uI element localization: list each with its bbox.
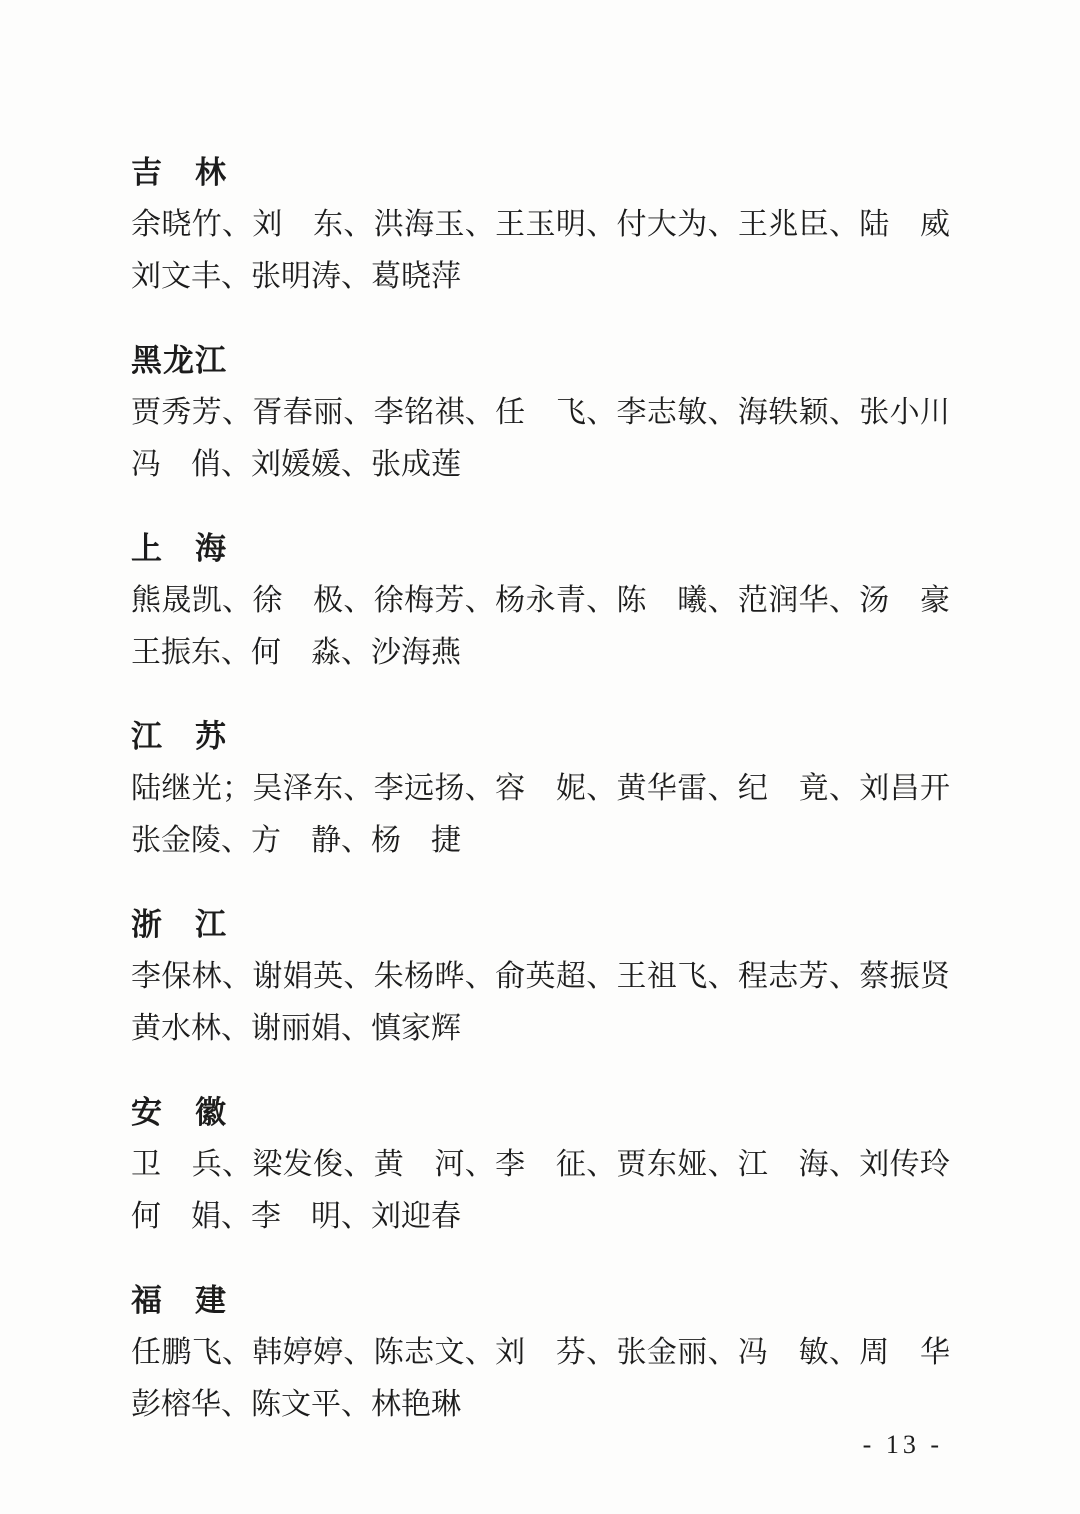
name-line: 冯 俏、刘媛媛、张成莲 [131, 439, 950, 491]
province-heading: 江 苏 [131, 711, 950, 763]
name-line: 陆继光；吴泽东、李远扬、容 妮、黄华雷、纪 竟、刘昌开 [131, 763, 950, 815]
province-section: 上 海 熊晟凯、徐 极、徐梅芳、杨永青、陈 曦、范润华、汤 豪王振东、何 淼、沙… [131, 523, 950, 679]
province-heading: 安 徽 [131, 1087, 950, 1139]
province-section: 江 苏 陆继光；吴泽东、李远扬、容 妮、黄华雷、纪 竟、刘昌开张金陵、方 静、杨… [131, 711, 950, 867]
province-section: 黑龙江 贾秀芳、胥春丽、李铭祺、任 飞、李志敏、海轶颖、张小川冯 俏、刘媛媛、张… [131, 335, 950, 491]
name-line: 李保林、谢娟英、朱杨晔、俞英超、王祖飞、程志芳、蔡振贤 [131, 951, 950, 1003]
province-heading: 上 海 [131, 523, 950, 575]
page-number: - 13 - [863, 1430, 943, 1460]
name-line: 余晓竹、刘 东、洪海玉、王玉明、付大为、王兆臣、陆 威 [131, 199, 950, 251]
name-line: 贾秀芳、胥春丽、李铭祺、任 飞、李志敏、海轶颖、张小川 [131, 387, 950, 439]
name-line: 张金陵、方 静、杨 捷 [131, 815, 950, 867]
name-line: 王振东、何 淼、沙海燕 [131, 627, 950, 679]
province-heading: 福 建 [131, 1275, 950, 1327]
province-section: 福 建 任鹏飞、韩婷婷、陈志文、刘 芬、张金丽、冯 敏、周 华彭榕华、陈文平、林… [131, 1275, 950, 1431]
province-heading: 吉 林 [131, 147, 950, 199]
name-list-content: 吉 林 余晓竹、刘 东、洪海玉、王玉明、付大为、王兆臣、陆 威刘文丰、张明涛、葛… [131, 147, 950, 1463]
name-line: 熊晟凯、徐 极、徐梅芳、杨永青、陈 曦、范润华、汤 豪 [131, 575, 950, 627]
document-page: 吉 林 余晓竹、刘 东、洪海玉、王玉明、付大为、王兆臣、陆 威刘文丰、张明涛、葛… [0, 0, 1080, 1514]
province-heading: 黑龙江 [131, 335, 950, 387]
province-section: 安 徽 卫 兵、梁发俊、黄 河、李 征、贾东娅、江 海、刘传玲何 娟、李 明、刘… [131, 1087, 950, 1243]
name-line: 任鹏飞、韩婷婷、陈志文、刘 芬、张金丽、冯 敏、周 华 [131, 1327, 950, 1379]
name-line: 何 娟、李 明、刘迎春 [131, 1191, 950, 1243]
name-line: 刘文丰、张明涛、葛晓萍 [131, 251, 950, 303]
name-line: 卫 兵、梁发俊、黄 河、李 征、贾东娅、江 海、刘传玲 [131, 1139, 950, 1191]
province-section: 吉 林 余晓竹、刘 东、洪海玉、王玉明、付大为、王兆臣、陆 威刘文丰、张明涛、葛… [131, 147, 950, 303]
province-heading: 浙 江 [131, 899, 950, 951]
province-section: 浙 江 李保林、谢娟英、朱杨晔、俞英超、王祖飞、程志芳、蔡振贤黄水林、谢丽娟、慎… [131, 899, 950, 1055]
name-line: 黄水林、谢丽娟、慎家辉 [131, 1003, 950, 1055]
name-line: 彭榕华、陈文平、林艳琳 [131, 1379, 950, 1431]
